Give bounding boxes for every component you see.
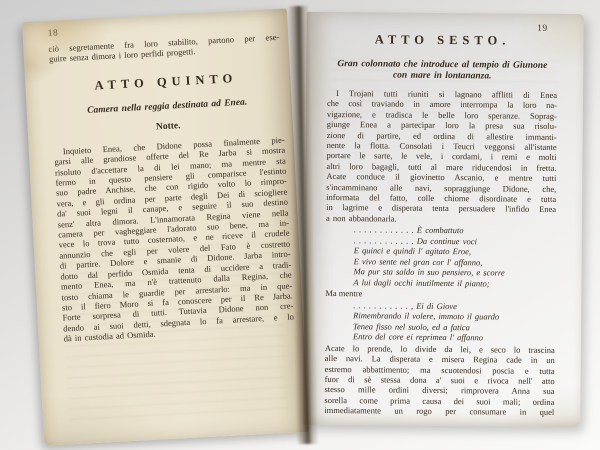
verse-quotation: . . . . . . . . . . . , Ei di GioveRimem… xyxy=(353,300,555,344)
text-line: Entro del core ei reprimea l' affanno xyxy=(353,331,555,343)
act-synopsis-paragraph: I Trojani tutti riuniti si lagnano affli… xyxy=(326,88,557,225)
text-line: immediatamente un rogo per consumare in … xyxy=(324,405,554,417)
scene-time: Notte. xyxy=(53,115,284,137)
verse-quotation: . . . . . . . . . . . . È combattuto. . … xyxy=(353,225,556,290)
open-book-photo: 18 ciò segretamente fra loro stabilito, … xyxy=(0,0,600,450)
text-line: A lui dagli occhi inutilmente il pianto; xyxy=(353,277,555,289)
scene-description: Camera nella reggia destinata ad Enea. xyxy=(52,96,283,119)
text-line: con mare in lontananza. xyxy=(327,70,557,83)
left-page-column: 18 ciò segretamente fra loro stabilito, … xyxy=(22,8,309,445)
right-page-column: 19 ATTO SESTO. Gran colonnato che introd… xyxy=(303,12,584,427)
interlude-text: Ma mentre xyxy=(325,288,555,301)
act-heading: ATTO QUINTO xyxy=(50,69,281,96)
act-heading: ATTO SESTO. xyxy=(328,32,558,49)
act-synopsis-paragraph: Acate lo prende, lo divide da lei, e sec… xyxy=(324,343,555,418)
act-synopsis-paragraph: Inquieto Enea, che Didone possa finalmen… xyxy=(54,134,295,344)
right-page: 19 ATTO SESTO. Gran colonnato che introd… xyxy=(303,12,584,427)
text-line: a non abbandonarla. xyxy=(326,213,556,225)
scene-description: Gran colonnato che introduce al tempio d… xyxy=(327,59,557,83)
left-page: 18 ciò segretamente fra loro stabilito, … xyxy=(22,8,309,445)
